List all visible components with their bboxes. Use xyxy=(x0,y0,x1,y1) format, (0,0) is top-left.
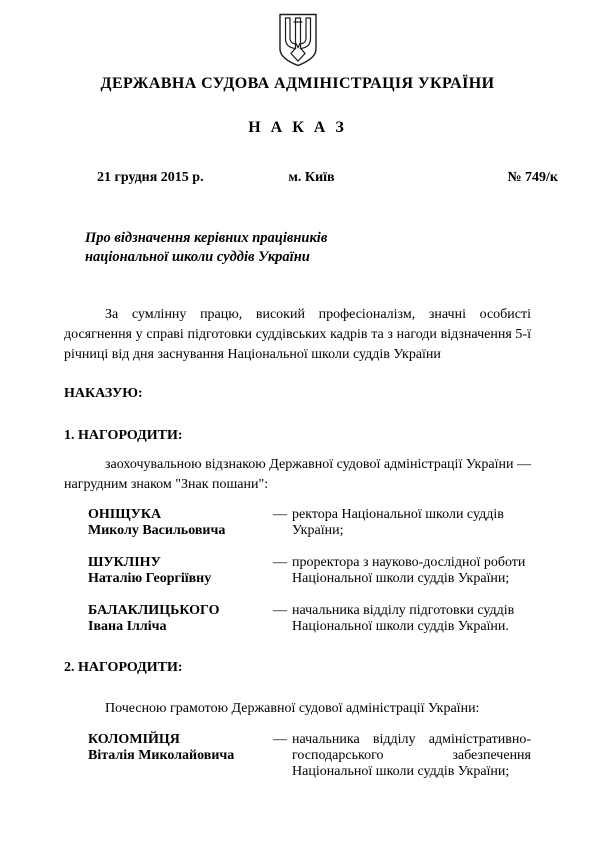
date-place-number-row: 21 грудня 2015 р. м. Київ № 749/к xyxy=(0,170,595,187)
section-1-awardee-list: ОНІЩУКА Миколу Васильовича — ректора Нац… xyxy=(88,507,531,635)
document-subject: Про відзначення керівних працівників нац… xyxy=(85,229,595,267)
section-1-lead: заохочувальною відзнакою Державної судов… xyxy=(64,455,531,495)
awardee-row: БАЛАКЛИЦЬКОГО Івана Ілліча — начальника … xyxy=(88,603,531,635)
section-1: 1. НАГОРОДИТИ: заохочувальною відзнакою … xyxy=(0,427,595,635)
organization-name: ДЕРЖАВНА СУДОВА АДМІНІСТРАЦІЯ УКРАЇНИ xyxy=(0,75,595,93)
section-2-lead: Почесною грамотою Державної судової адмі… xyxy=(64,699,531,719)
awardee-name-column: ШУКЛІНУ Наталію Георгіївну xyxy=(88,555,273,587)
coat-of-arms xyxy=(0,0,595,67)
awardee-surname: ШУКЛІНУ xyxy=(88,555,273,571)
dash-separator: — xyxy=(273,555,292,587)
order-word: НАКАЗУЮ: xyxy=(64,385,595,403)
ukraine-trident-icon xyxy=(276,13,320,67)
awardee-position: ректора Національної школи суддів Україн… xyxy=(292,507,531,539)
section-2-awardee-list: КОЛОМІЙЦЯ Віталія Миколайовича — начальн… xyxy=(88,732,531,780)
section-2-heading: 2. НАГОРОДИТИ: xyxy=(64,659,595,677)
awardee-position: начальника відділу підготовки суддів Нац… xyxy=(292,603,531,635)
awardee-name-column: БАЛАКЛИЦЬКОГО Івана Ілліча xyxy=(88,603,273,635)
document-type-title: Н А К А З xyxy=(0,119,595,137)
document-page: ДЕРЖАВНА СУДОВА АДМІНІСТРАЦІЯ УКРАЇНИ Н … xyxy=(0,0,595,842)
awardee-row: КОЛОМІЙЦЯ Віталія Миколайовича — начальн… xyxy=(88,732,531,780)
awardee-row: ОНІЩУКА Миколу Васильовича — ректора Нац… xyxy=(88,507,531,539)
section-2: 2. НАГОРОДИТИ: Почесною грамотою Державн… xyxy=(0,659,595,780)
awardee-surname: КОЛОМІЙЦЯ xyxy=(88,732,273,748)
document-number: № 749/к xyxy=(507,170,558,186)
awardee-position: начальника відділу адміністративно-госпо… xyxy=(292,732,531,780)
dash-separator: — xyxy=(273,507,292,539)
section-1-heading: 1. НАГОРОДИТИ: xyxy=(64,427,595,445)
awardee-name-column: ОНІЩУКА Миколу Васильовича xyxy=(88,507,273,539)
awardee-row: ШУКЛІНУ Наталію Георгіївну — проректора … xyxy=(88,555,531,587)
intro-paragraph: За сумлінну працю, високий професіоналіз… xyxy=(64,305,531,365)
awardee-given-name: Віталія Миколайовича xyxy=(88,748,273,764)
document-place: м. Київ xyxy=(0,170,595,186)
awardee-surname: ОНІЩУКА xyxy=(88,507,273,523)
awardee-position: проректора з науково-дослідної роботи На… xyxy=(292,555,531,587)
awardee-name-column: КОЛОМІЙЦЯ Віталія Миколайовича xyxy=(88,732,273,780)
subject-line-1: Про відзначення керівних працівників xyxy=(85,229,595,248)
awardee-given-name: Миколу Васильовича xyxy=(88,523,273,539)
awardee-given-name: Івана Ілліча xyxy=(88,619,273,635)
subject-line-2: національної школи суддів України xyxy=(85,248,595,267)
awardee-surname: БАЛАКЛИЦЬКОГО xyxy=(88,603,273,619)
awardee-given-name: Наталію Георгіївну xyxy=(88,571,273,587)
dash-separator: — xyxy=(273,603,292,635)
dash-separator: — xyxy=(273,732,292,780)
